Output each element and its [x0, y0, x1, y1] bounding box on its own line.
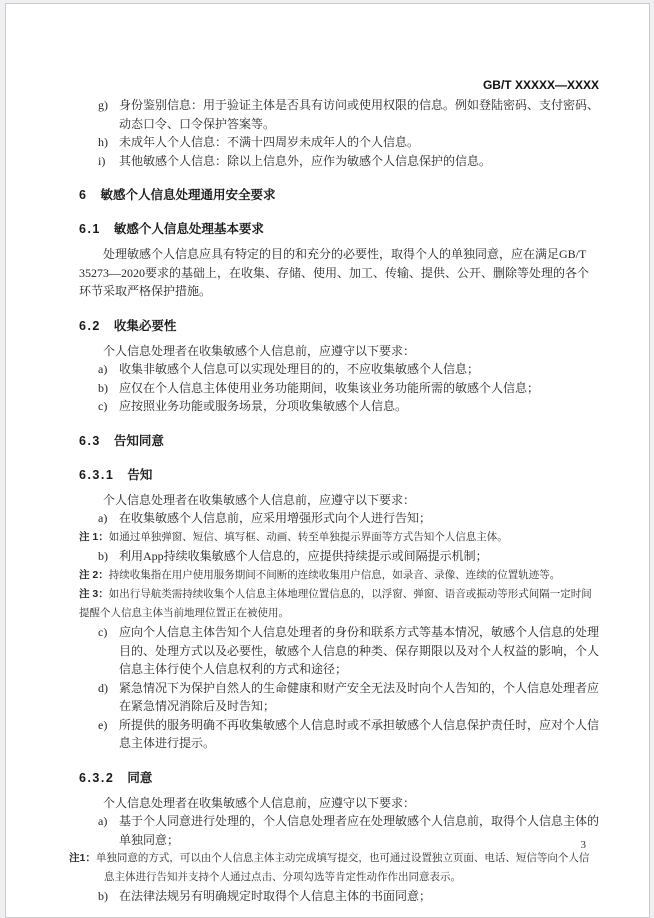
note-text: 持续收集指在用户使用服务期间不间断的连续收集用户信息，如录音、录像、连续的位置轨…	[109, 570, 561, 581]
list-marker: c)	[98, 397, 107, 416]
list-marker: b)	[98, 379, 108, 398]
heading-title: 告知	[127, 468, 152, 482]
heading-title: 告知同意	[114, 434, 164, 448]
heading-chapter-6: 6敏感个人信息处理通用安全要求	[79, 186, 599, 204]
heading-title: 同意	[127, 771, 152, 785]
document-page: GB/T XXXXX—XXXX g) 身份鉴别信息：用于验证主体是否具有访问或使…	[5, 3, 650, 918]
consent-item-b: b) 在法律法规另有明确规定时取得个人信息主体的书面同意；	[79, 887, 599, 906]
definition-item-h: h) 未成年人个人信息：不满十四周岁未成年人的个人信息。	[79, 133, 599, 152]
notice-item-a: a) 在收集敏感个人信息前，应采用增强形式向个人进行告知；	[79, 509, 599, 528]
page-content: GB/T XXXXX—XXXX g) 身份鉴别信息：用于验证主体是否具有访问或使…	[6, 4, 649, 906]
notice-item-b: b) 利用App持续收集敏感个人信息的，应提供持续提示或间隔提示机制；	[79, 547, 599, 566]
list-item-text: 在收集敏感个人信息前，应采用增强形式向个人进行告知；	[119, 511, 431, 525]
heading-number: 6.3	[79, 434, 101, 448]
heading-number: 6.3.1	[79, 468, 114, 482]
note-3: 注 3：如出行导航类需持续收集个人信息主体地理位置信息的，以浮窗、弹窗、语音或振…	[79, 585, 599, 623]
notice-item-e: e) 所提供的服务明确不再收集敏感个人信息时或不承担敏感个人信息保护责任时，应对…	[79, 716, 599, 753]
standard-number-header: GB/T XXXXX—XXXX	[79, 78, 599, 92]
list-marker: b)	[98, 547, 108, 566]
intro-6-3-1: 个人信息处理者在收集敏感个人信息前，应遵守以下要求：	[79, 491, 599, 510]
list-item-text: 未成年人个人信息：不满十四周岁未成年人的个人信息。	[119, 135, 419, 149]
note-text: 如通过单独弹窗、短信、填写框、动画、转至单独提示界面等方式告知个人信息主体。	[109, 532, 508, 543]
heading-number: 6	[79, 188, 87, 202]
requirement-item-a: a) 收集非敏感个人信息可以实现处理目的的，不应收集敏感个人信息；	[79, 360, 599, 379]
list-item-text: 基于个人同意进行处理的，个人信息处理者应在处理敏感个人信息前，取得个人信息主体的…	[119, 814, 599, 847]
definition-item-g: g) 身份鉴别信息：用于验证主体是否具有访问或使用权限的信息。例如登陆密码、支付…	[79, 96, 599, 133]
heading-number: 6.2	[79, 319, 101, 333]
list-item-text: 利用App持续收集敏感个人信息的，应提供持续提示或间隔提示机制；	[119, 549, 488, 563]
list-item-text: 在法律法规另有明确规定时取得个人信息主体的书面同意；	[119, 889, 431, 903]
list-marker: b)	[98, 887, 108, 906]
list-marker: d)	[98, 679, 108, 698]
note-label: 注1：	[69, 852, 96, 864]
list-item-text: 应向个人信息主体告知个人信息处理者的身份和联系方式等基本情况，敏感个人信息的处理…	[119, 625, 599, 676]
list-marker: a)	[98, 812, 107, 831]
heading-title: 收集必要性	[114, 319, 177, 333]
heading-number: 6.3.2	[79, 771, 114, 785]
page-number: 3	[581, 839, 587, 851]
list-marker: h)	[98, 133, 108, 152]
note-text: 如出行导航类需持续收集个人信息主体地理位置信息的，以浮窗、弹窗、语音或振动等形式…	[79, 589, 592, 619]
list-marker: c)	[98, 623, 107, 642]
note-label: 注 2：	[79, 569, 109, 581]
intro-6-2: 个人信息处理者在收集敏感个人信息前，应遵守以下要求：	[79, 342, 599, 361]
requirement-item-b: b) 应仅在个人信息主体使用业务功能期间，收集该业务功能所需的敏感个人信息；	[79, 379, 599, 398]
consent-item-a: a) 基于个人同意进行处理的，个人信息处理者应在处理敏感个人信息前，取得个人信息…	[79, 812, 599, 849]
note-text: 单独同意的方式，可以由个人信息主体主动完成填写提交，也可通过设置独立页面、电话、…	[96, 853, 590, 883]
list-item-text: 身份鉴别信息：用于验证主体是否具有访问或使用权限的信息。例如登陆密码、支付密码、…	[119, 98, 599, 131]
heading-number: 6.1	[79, 222, 101, 236]
heading-6-3-1: 6.3.1告知	[79, 466, 599, 484]
notice-item-c: c) 应向个人信息主体告知个人信息处理者的身份和联系方式等基本情况，敏感个人信息…	[79, 623, 599, 679]
list-marker: i)	[98, 152, 105, 171]
heading-6-3: 6.3告知同意	[79, 432, 599, 450]
note-2: 注 2：持续收集指在用户使用服务期间不间断的连续收集用户信息，如录音、录像、连续…	[79, 566, 599, 586]
list-item-text: 应按照业务功能或服务场景，分项收集敏感个人信息。	[119, 399, 407, 413]
note-1: 注 1：如通过单独弹窗、短信、填写框、动画、转至单独提示界面等方式告知个人信息主…	[79, 528, 599, 548]
requirement-item-c: c) 应按照业务功能或服务场景，分项收集敏感个人信息。	[79, 397, 599, 416]
heading-6-1: 6.1敏感个人信息处理基本要求	[79, 220, 599, 238]
list-item-text: 其他敏感个人信息：除以上信息外，应作为敏感个人信息保护的信息。	[119, 154, 491, 168]
list-item-text: 收集非敏感个人信息可以实现处理目的的，不应收集敏感个人信息；	[119, 362, 479, 376]
list-item-text: 所提供的服务明确不再收集敏感个人信息时或不承担敏感个人信息保护责任时，应对个人信…	[119, 718, 599, 751]
list-marker: a)	[98, 509, 107, 528]
list-item-text: 应仅在个人信息主体使用业务功能期间，收集该业务功能所需的敏感个人信息；	[119, 381, 539, 395]
list-marker: a)	[98, 360, 107, 379]
heading-6-3-2: 6.3.2同意	[79, 769, 599, 787]
notice-item-d: d) 紧急情况下为保护自然人的生命健康和财产安全无法及时向个人告知的，个人信息处…	[79, 679, 599, 716]
heading-title: 敏感个人信息处理通用安全要求	[100, 188, 275, 202]
note-label: 注 1：	[79, 531, 109, 543]
intro-6-3-2: 个人信息处理者在收集敏感个人信息前，应遵守以下要求：	[79, 794, 599, 813]
heading-title: 敏感个人信息处理基本要求	[114, 222, 264, 236]
definition-item-i: i) 其他敏感个人信息：除以上信息外，应作为敏感个人信息保护的信息。	[79, 152, 599, 171]
list-item-text: 紧急情况下为保护自然人的生命健康和财产安全无法及时向个人告知的，个人信息处理者应…	[119, 681, 599, 714]
note-label: 注 3：	[79, 588, 109, 600]
list-marker: g)	[98, 96, 108, 115]
list-marker: e)	[98, 716, 107, 735]
note-1-consent: 注1：单独同意的方式，可以由个人信息主体主动完成填写提交，也可通过设置独立页面、…	[69, 849, 599, 887]
paragraph-6-1: 处理敏感个人信息应具有特定的目的和充分的必要性，取得个人的单独同意，应在满足GB…	[79, 245, 599, 301]
heading-6-2: 6.2收集必要性	[79, 317, 599, 335]
